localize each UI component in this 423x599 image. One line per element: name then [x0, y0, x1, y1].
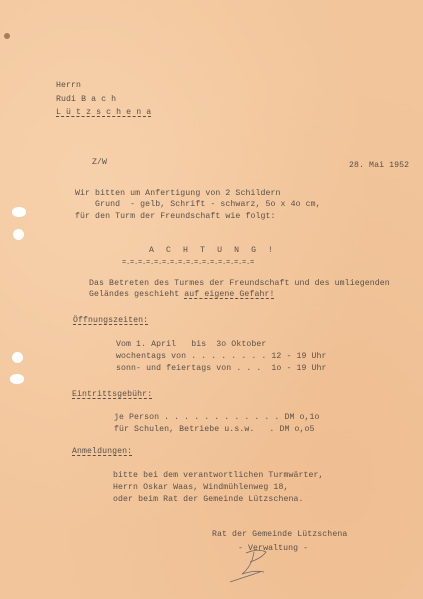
registration-line: oder beim Rat der Gemeinde Lützschena.: [113, 495, 304, 505]
opening-hours-line: sonn- und feiertags von . . . 1o - 19 Uh…: [116, 364, 327, 374]
warning-line: Das Betreten des Turmes der Freundschaft…: [89, 279, 390, 289]
intro-line: Wir bitten um Anfertigung von 2 Schilder…: [75, 189, 281, 199]
ink-stain: [4, 33, 10, 39]
warning-line: Geländes geschieht auf eigene Gefahr!: [89, 290, 275, 300]
admission-line: für Schulen, Betriebe u.s.w. . DM o,o5: [114, 425, 315, 435]
admission-label: Eintrittsgebühr:: [72, 390, 152, 400]
warning-prefix: Geländes geschieht: [89, 290, 184, 299]
recipient-salutation: Herrn: [56, 81, 81, 91]
punch-hole: [13, 229, 24, 240]
letter-date: 28. Mai 1952: [349, 161, 409, 171]
reference-code: Z/W: [92, 158, 107, 168]
sign-heading-rule: =.=.=.=.=.=.=.=.=.=.=.=.=.=.=.=.=: [122, 258, 254, 268]
recipient-name: Rudi B a c h: [56, 95, 116, 105]
recipient-place: L ü t z s c h e n a: [56, 108, 151, 118]
admission-line: je Person . . . . . . . . . . . . DM o,1…: [114, 413, 320, 423]
intro-line: für den Turm der Freundschaft wie folgt:: [75, 212, 276, 222]
signature: [228, 548, 288, 588]
opening-hours-line: Vom 1. April bis 3o Oktober: [116, 340, 266, 350]
punch-hole: [12, 352, 23, 363]
registration-label: Anmeldungen:: [72, 447, 132, 457]
opening-hours-label: Öffnungszeiten:: [73, 316, 148, 326]
sign-heading: A C H T U N G !: [149, 246, 277, 256]
warning-emphasis: auf eigene Gefahr!: [184, 290, 274, 299]
punch-hole: [12, 207, 26, 217]
registration-line: bitte bei dem verantwortlichen Turmwärte…: [113, 471, 324, 481]
opening-hours-line: wochentags von . . . . . . . . 12 - 19 U…: [116, 352, 327, 362]
sender-line: Rat der Gemeinde Lützschena: [212, 530, 347, 540]
registration-line: Herrn Oskar Waas, Windmühlenweg 18,: [113, 483, 288, 493]
punch-hole: [10, 374, 24, 384]
letter-page: Herrn Rudi B a c h L ü t z s c h e n a Z…: [0, 0, 423, 599]
intro-line: Grund - gelb, Schrift - schwarz, 5o x 4o…: [75, 200, 321, 210]
